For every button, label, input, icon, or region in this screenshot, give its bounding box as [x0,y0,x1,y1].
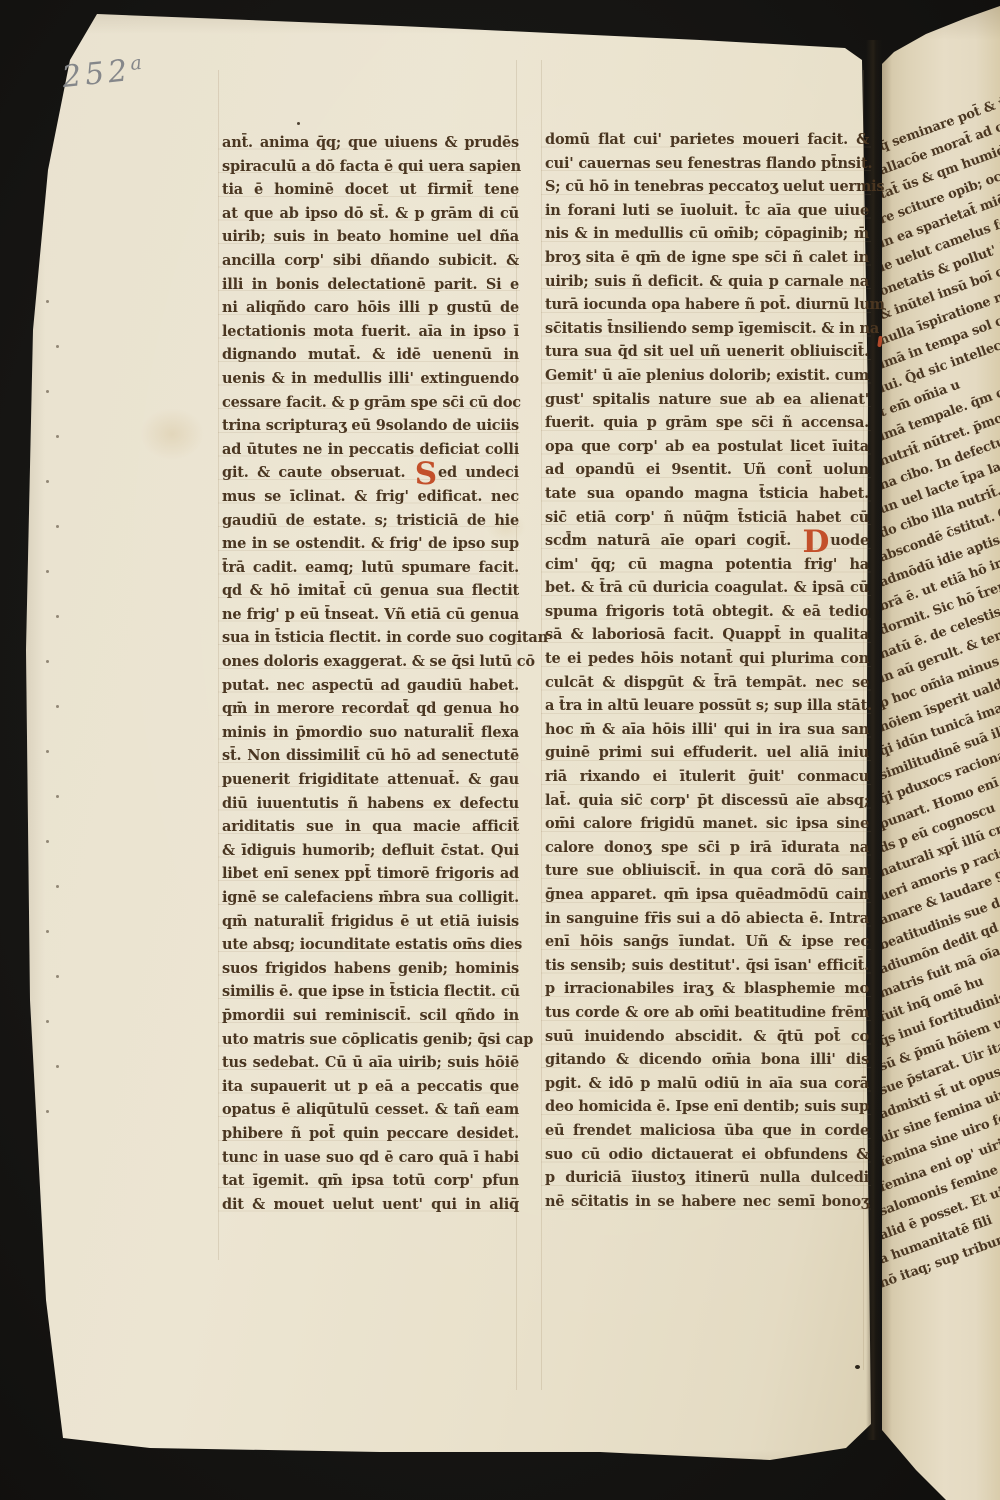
manuscript-line: trina scripturaʒ eū 9solando de uiciis [222,414,519,438]
manuscript-line: libet enī senex ppt̄ timorē frigoris ad [222,862,519,886]
manuscript-line: ones doloris exaggerat. & se q̄si lutū c… [222,650,519,674]
manuscript-line: uirib; suis in beato homine uel dña [222,225,519,249]
manuscript-line: puenerit frigiditate attenuat̄. & gau [222,768,519,792]
pricking-hole [56,345,59,348]
manuscript-line: in forani luti se īuoluit. t̄c aīa que u… [545,199,869,223]
pricking-hole [56,885,59,888]
manuscript-line: mus se īclinat. & frig' edificat. nec [222,485,519,509]
manuscript-line: cim' q̄q; cū magna potentia frig' ha [545,553,869,577]
manuscript-line: ariditatis sue in qua macie afficit̄ [222,815,519,839]
manuscript-line: tis sensib; suis destitut'. q̄si īsan' e… [545,954,869,978]
parchment-stain [140,408,204,460]
manuscript-line: spuma frigoris totā obtegit. & eā tedio [545,600,869,624]
manuscript-line: spiraculū a dō facta ē qui uera sapien [222,155,519,179]
manuscript-line: git. & caute obseruat. Sed undeci [222,461,519,485]
manuscript-line: uenis & in medullis illi' extinguendo [222,367,519,391]
manuscript-line: uto matris sue cōplicatis genib; q̄si ca… [222,1028,519,1052]
manuscript-line: ḡnea apparet. qm̄ ipsa quēadmōdū cain [545,883,869,907]
manuscript-line: sc̄itatis t̄nsiliendo semp īgemiscit. & … [545,317,869,341]
manuscript-line: pgit. & idō p malū odiū in aīa sua corā [545,1072,869,1096]
manuscript-line: st̄. Non dissimilit̄ cū hō ad senectutē [222,744,519,768]
manuscript-line: broʒ sita ē qm̄ de igne spe sc̄i ñ calet… [545,246,869,270]
manuscript-line: ne frig' p eū t̄nseat. Vñ etiā cū genua [222,603,519,627]
manuscript-line: opatus ē aliqūtulū cesset. & tañ eam [222,1098,519,1122]
ruling-vertical-line [218,70,219,1260]
manuscript-line: suū inuidendo abscidit. & q̄tū pot̄ co [545,1025,869,1049]
manuscript-line: cui' cauernas seu fenestras flando pt̄ns… [545,152,869,176]
manuscript-line: Gemit' ū aīe plenius dolorib; existit. c… [545,364,869,388]
manuscript-line: gust' spitalis nature sue ab ea alienat' [545,388,869,412]
folio-number-suffix: a [129,52,143,75]
pricking-hole [56,525,59,528]
manuscript-line: dignando mutat̄. & idē uenenū in [222,343,519,367]
manuscript-line: cessare facit. & p grām spe sc̄i cū doc [222,391,519,415]
manuscript-line: suo cū odio dictauerat ei obfundens & [545,1143,869,1167]
manuscript-line: te ei pedes hōis notant̄ qui plurima con [545,647,869,671]
manuscript-line: scd̄m naturā aīe opari cogit̄. Duode [545,529,869,553]
manuscript-line: ute absq; iocunditate estatis om̄s dies [222,933,519,957]
pricking-hole [46,1110,49,1113]
manuscript-line: gaudiū de estate. s; tristiciā de hie [222,509,519,533]
manuscript-line: p duriciā īiustoʒ itinerū nulla dulcedi [545,1166,869,1190]
manuscript-line: gitando & dicendo om̄ia bona illi' dis [545,1048,869,1072]
pricking-hole [46,750,49,753]
pricking-hole [56,705,59,708]
manuscript-line: tia ē hominē docet ut firmit̄ tene [222,178,519,202]
manuscript-line: ancilla corp' sibi dñando subicit. & [222,249,519,273]
manuscript-line: sā & laboriosā facit. Quappt̄ in qualita [545,623,869,647]
manuscript-line: nis & in medullis cū om̄ib; cōpaginib; m… [545,222,869,246]
manuscript-line: ni aliqñdo caro hōis illi p gustū de [222,296,519,320]
pricking-hole [56,435,59,438]
ink-speck [855,1365,860,1369]
left-text-column: ant̄. anima q̄q; que uiuens & prudēsspir… [222,131,519,1216]
manuscript-line: suos frigidos habens genib; hominis [222,957,519,981]
manuscript-line: p̄mordii sui reminiscit̄. scil qñdo in [222,1004,519,1028]
manuscript-line: opa que corp' ab ea postulat licet īuita [545,435,869,459]
right-text-column: domū flat cui' parietes moueri facit. &c… [545,128,869,1213]
manuscript-line: putat. nec aspectū ad gaudiū habet. [222,674,519,698]
manuscript-line: culcāt & dispgūt & t̄rā tempāt. nec se [545,671,869,695]
manuscript-line: eū frendet maliciosa ūba que in corde [545,1119,869,1143]
manuscript-line: turā iocunda opa habere ñ pot̄. diurnū l… [545,293,869,317]
manuscript-line: hoc m̄ & aīa hōis illi' qui in ira sua s… [545,718,869,742]
manuscript-line: lectationis mota fuerit. aīa in ipso ī [222,320,519,344]
manuscript-line: in sanguine fr̄is sui a dō abiecta ē. In… [545,907,869,931]
next-page-text-fragments: q̄ seminare pot̄ & p̄ ula diallacōe mora… [876,0,1000,1500]
manuscript-line: ant̄. anima q̄q; que uiuens & prudēs [222,131,519,155]
pricking-hole [46,300,49,303]
manuscript-photograph: 252a ant̄. anima q̄q; que uiuens & prudē… [0,0,1000,1500]
manuscript-line: ita supauerit ut p eā a peccatis que [222,1075,519,1099]
pricking-hole [56,615,59,618]
manuscript-line: at que ab ipso dō st̄. & p grām di cū [222,202,519,226]
manuscript-line: bet. & t̄rā cū duricia coagulat. & ipsā … [545,576,869,600]
manuscript-line: phibere ñ pot̄ quin peccare desidet. [222,1122,519,1146]
manuscript-line: nē sc̄itatis in se habere nec semī bonoʒ [545,1190,869,1214]
pricking-hole [46,480,49,483]
pricking-hole [46,660,49,663]
manuscript-line: ad opandū ei 9sentit. Uñ cont̄ uolun [545,458,869,482]
manuscript-line: diū iuuentutis ñ habens ex defectu [222,792,519,816]
manuscript-line: S; cū hō in tenebras peccatoʒ uelut uerm… [545,175,869,199]
manuscript-line: ignē se calefaciens m̄bra sua colligit. [222,886,519,910]
manuscript-line: tus sedebat. Cū ū aīa uirib; suis hōiē [222,1051,519,1075]
manuscript-line: domū flat cui' parietes moueri facit. & [545,128,869,152]
manuscript-line: ture sue obliuiscit̄. in qua corā dō san [545,859,869,883]
manuscript-line: sua in t̄sticia flectit. in corde suo co… [222,626,519,650]
manuscript-line: tate sua opando magna t̄sticia habet. [545,482,869,506]
pricking-hole [56,1065,59,1068]
manuscript-line: enī hōis sanḡs īundat. Uñ & ipse rec [545,930,869,954]
pricking-hole [46,570,49,573]
folio-number-digits: 252 [60,53,133,95]
manuscript-line: lat̄. quia sic̄ corp' p̄t discessū aīe a… [545,789,869,813]
manuscript-line: guinē primi sui effuderit. uel aliā iniu [545,741,869,765]
manuscript-line: qd & hō imitat̄ cū genua sua flectit [222,579,519,603]
pricking-hole [56,975,59,978]
manuscript-line: ad ūtutes ne in peccatis deficiat colli [222,438,519,462]
manuscript-line: similis ē. que ipse in t̄sticia flectit.… [222,980,519,1004]
manuscript-line: tunc in uase suo qd ē caro quā ī habi [222,1146,519,1170]
manuscript-line: illi in bonis delectationē parit. Si e [222,273,519,297]
manuscript-line: p irracionabiles iraʒ & blasphemie mo [545,977,869,1001]
manuscript-line: om̄i calore frigidū manet. sic ipsa sine [545,812,869,836]
manuscript-line: calore donoʒ spe sc̄i p irā īdurata na [545,836,869,860]
pricking-hole [46,840,49,843]
manuscript-line: dit & mouet uelut uent' qui in aliq̄ [222,1193,519,1217]
manuscript-line: me in se ostendit. & frig' de ipso sup [222,532,519,556]
pricking-hole [46,1020,49,1023]
manuscript-line: qm̄ in merore recordat̄ qd genua ho [222,697,519,721]
pricking-hole [46,390,49,393]
pricking-hole [56,795,59,798]
manuscript-line: tura sua q̄d sit uel uñ uenerit obliuisc… [545,340,869,364]
manuscript-line: riā rixando ei ītulerit ḡuit' conmacu [545,765,869,789]
ink-speck [297,122,300,125]
manuscript-line: tus corde & ore ab om̄i beatitudine frēm [545,1001,869,1025]
manuscript-line: fuerit. quia p grām spe sc̄i ñ accensa. [545,411,869,435]
ruling-vertical-line [541,60,542,1390]
manuscript-line: & īdiguis humorib; defluit c̄stat. Qui [222,839,519,863]
manuscript-line: deo homicida ē. Ipse enī dentib; suis su… [545,1095,869,1119]
manuscript-line: minis in p̄mordio suo naturalit̄ flexa [222,721,519,745]
manuscript-line: t̄rā cadit. eamq; lutū spumare facit. [222,556,519,580]
manuscript-line: a t̄ra in altū leuare possūt s; sup illa… [545,694,869,718]
manuscript-line: uirib; suis ñ deficit. & quia p carnale … [545,270,869,294]
manuscript-line: qm̄ naturalit̄ frigidus ē ut etiā iuisis [222,910,519,934]
pricking-hole [46,930,49,933]
manuscript-line: tat īgemit. qm̄ ipsa totū corp' pfun [222,1169,519,1193]
